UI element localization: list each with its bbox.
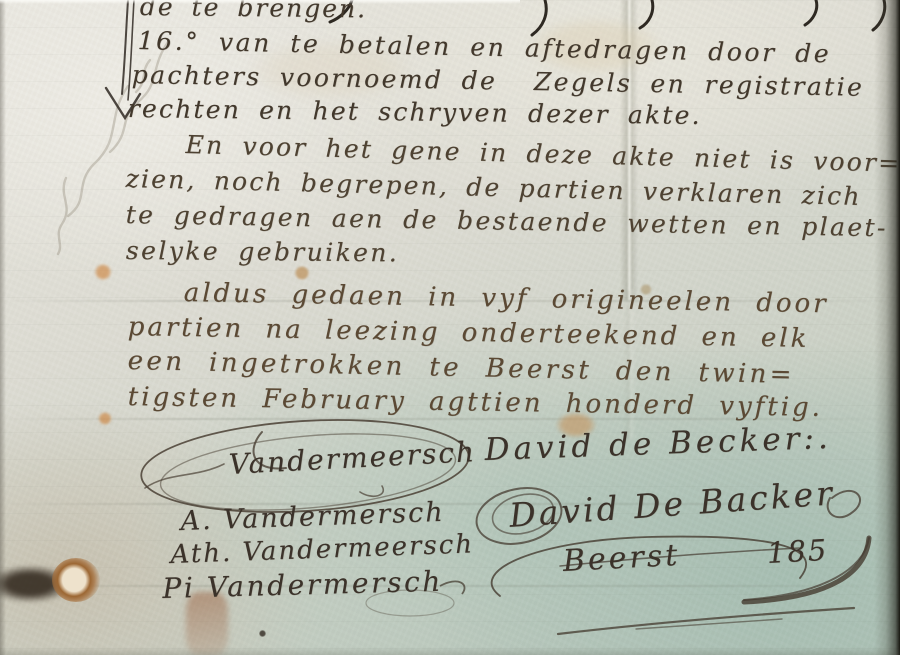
photo-bottom-shadow	[0, 647, 900, 655]
signature-year: 185	[766, 533, 829, 570]
signature-place: Beerst	[562, 538, 681, 579]
photo-right-edge	[874, 0, 900, 655]
horizontal-crease	[0, 585, 900, 587]
manuscript-line: selyke gebruiken.	[126, 236, 400, 267]
manuscript-photo: de te brengen. 16.° van te betalen en af…	[0, 0, 900, 655]
photo-left-edge	[0, 0, 6, 655]
photo-top-highlight	[0, 0, 520, 4]
